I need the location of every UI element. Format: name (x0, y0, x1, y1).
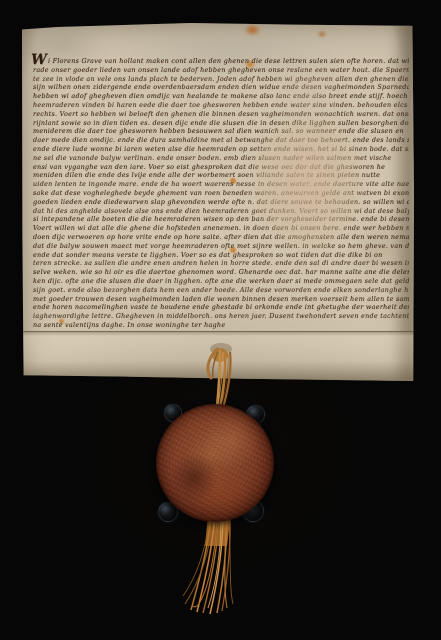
wax-seal (156, 404, 274, 522)
text-line: doen dijc verwoeren op hore vrite ende o… (33, 233, 409, 242)
rust-stain (244, 24, 261, 36)
charter-photograph: W i Florens Grave van hollant maken cont… (0, 0, 441, 640)
text-line: rechts. Voert so hebben wi beloeft den g… (33, 110, 409, 119)
text-line: ken dijc. ofte ane die slusen die daer i… (33, 277, 409, 286)
text-line: ensi van vyganghe van den iare. Voer so … (33, 163, 409, 172)
text-line: goeden lieden ende diedewarven slap ghev… (33, 198, 409, 207)
charter-text: i Florens Grave van hollant maken cont a… (33, 57, 409, 330)
text-line: sijn goet. ende also bezorghen dats hem … (33, 286, 409, 295)
text-line: daer mede dien omdijc. ende die dura sam… (33, 136, 409, 145)
text-line: meniderem die daer toe ghesworen hebben … (33, 127, 409, 136)
text-line: rade onser goeder lieden van onsen lande… (33, 66, 409, 75)
text-line: hebben wi adof ghegheven dien omdijc van… (33, 92, 409, 101)
text-line: dat hi des anghelde alsovele alse ons en… (33, 207, 409, 216)
text-line: ende dat sonder means verste te ligghen.… (33, 251, 409, 260)
text-line: na sente valentijns daghe. In onse wonin… (33, 321, 409, 330)
text-line: teren strecke. sa sullen die andre enen … (33, 259, 409, 268)
text-line: uiden lenten te ingonde mare. ende de ha… (33, 180, 409, 189)
seal-tassel (175, 512, 255, 616)
rust-stain (317, 30, 327, 38)
text-line: te zee in vlode an vele ons lands plach … (33, 75, 409, 84)
text-line: ne sel die vanonde balyw verlinan. ende … (33, 154, 409, 163)
text-line: si intepandene alle boeten die die heemr… (33, 215, 409, 224)
fold-crease (22, 331, 414, 332)
seal-cords (190, 340, 250, 412)
parchment-sheet: W i Florens Grave van hollant maken cont… (22, 23, 414, 381)
text-line: meniden dilen die ende des lvije ende al… (33, 171, 409, 180)
text-line: Voert willen wi dat alle die ghene die h… (33, 224, 409, 233)
text-line: iaghenwordighe lettre. Ghegheven in midd… (33, 312, 409, 321)
text-line: dat die balyw souwen maect met vorge hee… (33, 242, 409, 251)
text-line: met goeder trouwen desen vagheimonden la… (33, 295, 409, 304)
text-line: sake dat dese vogheleghede beyde ghement… (33, 189, 409, 198)
text-line: rijnlant sowie so in dien tiden es. dese… (33, 119, 409, 128)
text-line: ende horen nacomelinghen vaste te houden… (33, 303, 409, 312)
text-line: i Florens Grave van hollant maken cont a… (33, 57, 409, 66)
text-line: ende diere lude wonne bi iaren weten als… (33, 145, 409, 154)
text-line: sijn wilhen onen zidergende ende overden… (33, 83, 409, 92)
text-line: selve weken. wie so hi oir es die daerto… (33, 268, 409, 277)
text-line: heemraderen vinden bi haren eede die dae… (33, 101, 409, 110)
